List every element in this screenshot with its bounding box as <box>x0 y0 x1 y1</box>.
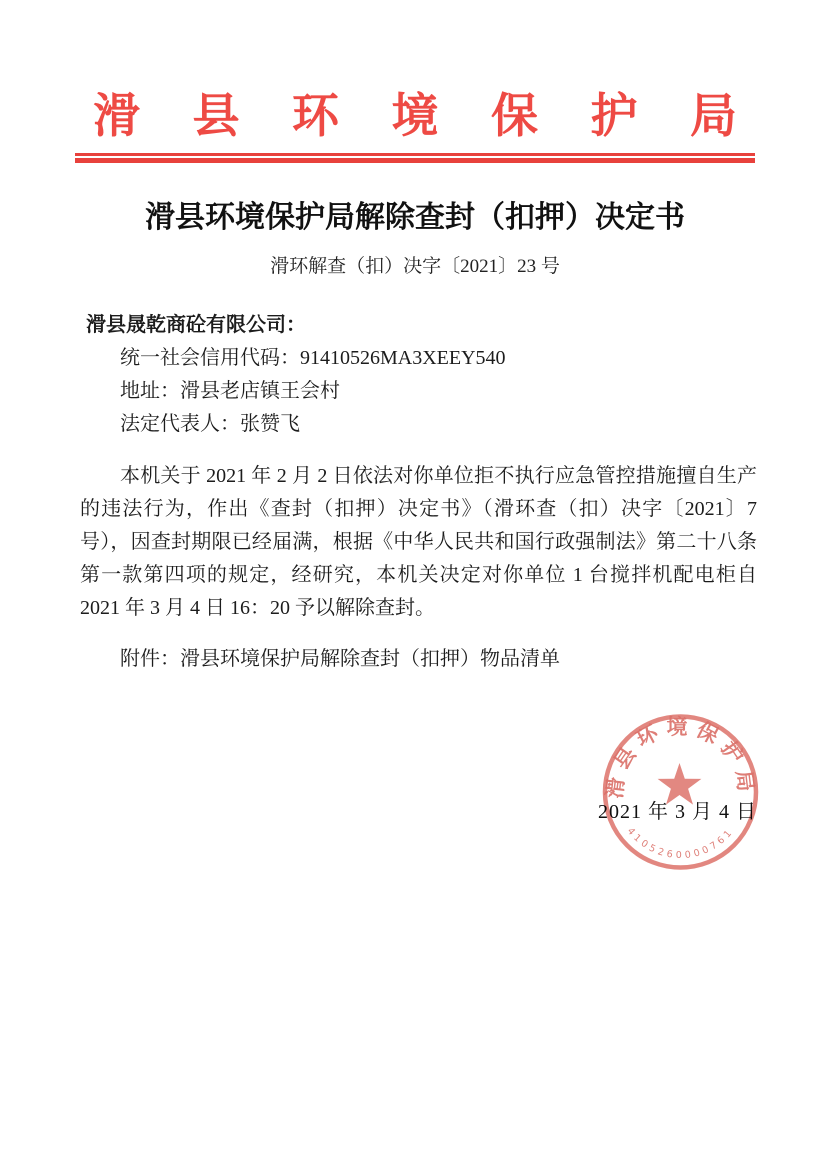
seal-star-icon <box>658 763 702 805</box>
letterhead-rule <box>75 153 755 163</box>
letterhead-rule-thick-line <box>75 158 755 163</box>
letterhead-org-name: 滑 县 环 境 保 护 局 <box>93 90 737 145</box>
letterhead: 滑 县 环 境 保 护 局 <box>0 0 830 163</box>
recipient-legal-representative-line: 法定代表人：张赞飞 <box>80 408 758 441</box>
document-page: 滑 县 环 境 保 护 局 滑县环境保护局解除查封（扣押）决定书 滑环解查（扣）… <box>0 0 830 1176</box>
recipient-company-name: 滑县晟乾商砼有限公司： <box>80 309 758 342</box>
document-number: 滑环解查（扣）决字〔2021〕23 号 <box>0 254 830 280</box>
recipient-address-line: 地址：滑县老店镇王会村 <box>80 375 758 408</box>
recipient-block: 滑县晟乾商砼有限公司： 统一社会信用代码：91410526MA3XEEY540 … <box>80 309 758 441</box>
recipient-credit-code-line: 统一社会信用代码：91410526MA3XEEY540 <box>80 342 758 375</box>
body-paragraph: 本机关于 2021 年 2 月 2 日依法对你单位拒不执行应急管控措施擅自生产的… <box>80 460 757 625</box>
official-seal: 滑县环境保护局 4105260000761 <box>600 711 761 872</box>
body-section: 本机关于 2021 年 2 月 2 日依法对你单位拒不执行应急管控措施擅自生产的… <box>80 460 757 625</box>
official-seal-graphic: 滑县环境保护局 4105260000761 <box>600 711 761 872</box>
document-title: 滑县环境保护局解除查封（扣押）决定书 <box>0 196 830 240</box>
attachment-line: 附件：滑县环境保护局解除查封（扣押）物品清单 <box>80 643 757 676</box>
